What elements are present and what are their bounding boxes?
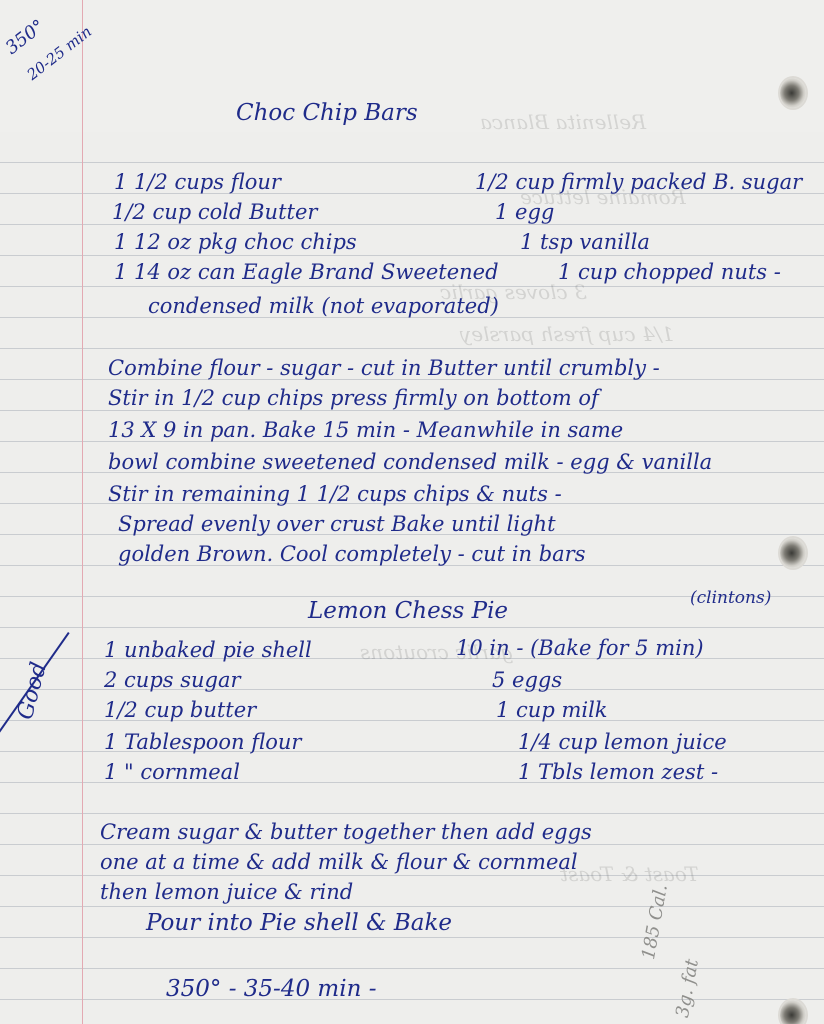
direction-line: Combine flour - sugar - cut in Butter un… bbox=[108, 358, 660, 379]
direction-line: Stir in 1/2 cup chips press firmly on bo… bbox=[108, 388, 599, 409]
bleed-through-text: Rellenita Blanca bbox=[480, 110, 646, 134]
ingredient: 1 tsp vanilla bbox=[520, 232, 650, 253]
bleed-through-text: Toast & Toast bbox=[560, 862, 699, 886]
ingredient: 5 eggs bbox=[492, 670, 562, 691]
recipe-source: (clintons) bbox=[690, 590, 771, 607]
ingredient: 1 cup milk bbox=[496, 700, 608, 721]
direction-line: Spread evenly over crust Bake until ligh… bbox=[118, 514, 556, 535]
recipe-title-choc-chip-bars: Choc Chip Bars bbox=[236, 102, 418, 125]
ingredient: 1/4 cup lemon juice bbox=[518, 732, 727, 753]
bake-info: 350° - 35-40 min - bbox=[166, 978, 376, 1001]
bleed-through-text: 1/4 cup fresh parsley bbox=[460, 322, 674, 346]
ingredient: condensed milk (not evaporated) bbox=[148, 296, 499, 317]
ingredient: 1 Tablespoon flour bbox=[104, 732, 301, 753]
ingredient: 1/2 cup butter bbox=[104, 700, 256, 721]
ingredient: 1 14 oz can Eagle Brand Sweetened bbox=[114, 262, 499, 283]
direction-line: 13 X 9 in pan. Bake 15 min - Meanwhile i… bbox=[108, 420, 623, 441]
ingredient: 1 unbaked pie shell bbox=[104, 640, 312, 661]
binder-hole-top bbox=[780, 78, 806, 108]
direction-line: Cream sugar & butter together then add e… bbox=[100, 822, 592, 843]
ingredient: 1 egg bbox=[495, 202, 554, 223]
direction-line: Stir in remaining 1 1/2 cups chips & nut… bbox=[108, 484, 562, 505]
binder-hole-bottom bbox=[780, 1000, 806, 1024]
rating-good: Good bbox=[36, 700, 94, 722]
direction-line: then lemon juice & rind bbox=[100, 882, 353, 903]
direction-line: bowl combine sweetened condensed milk - … bbox=[108, 452, 712, 473]
margin-line bbox=[82, 0, 83, 1024]
direction-line: golden Brown. Cool completely - cut in b… bbox=[118, 544, 585, 565]
ingredient: 2 cups sugar bbox=[104, 670, 241, 691]
ingredient: 1/2 cup cold Butter bbox=[112, 202, 317, 223]
ingredient: 1 1/2 cups flour bbox=[114, 172, 281, 193]
recipe-title-lemon-chess-pie: Lemon Chess Pie bbox=[308, 600, 508, 623]
binder-hole-middle bbox=[780, 538, 806, 568]
ingredient: 1 cup chopped nuts - bbox=[558, 262, 781, 283]
final-step: Pour into Pie shell & Bake bbox=[146, 912, 452, 935]
ingredient: 1 Tbls lemon zest - bbox=[518, 762, 718, 783]
ingredient: 10 in - (Bake for 5 min) bbox=[456, 638, 704, 659]
ingredient: 1 12 oz pkg choc chips bbox=[114, 232, 357, 253]
ingredient: 1 " cornmeal bbox=[104, 762, 240, 783]
ingredient: 1/2 cup firmly packed B. sugar bbox=[475, 172, 802, 193]
direction-line: one at a time & add milk & flour & cornm… bbox=[100, 852, 578, 873]
